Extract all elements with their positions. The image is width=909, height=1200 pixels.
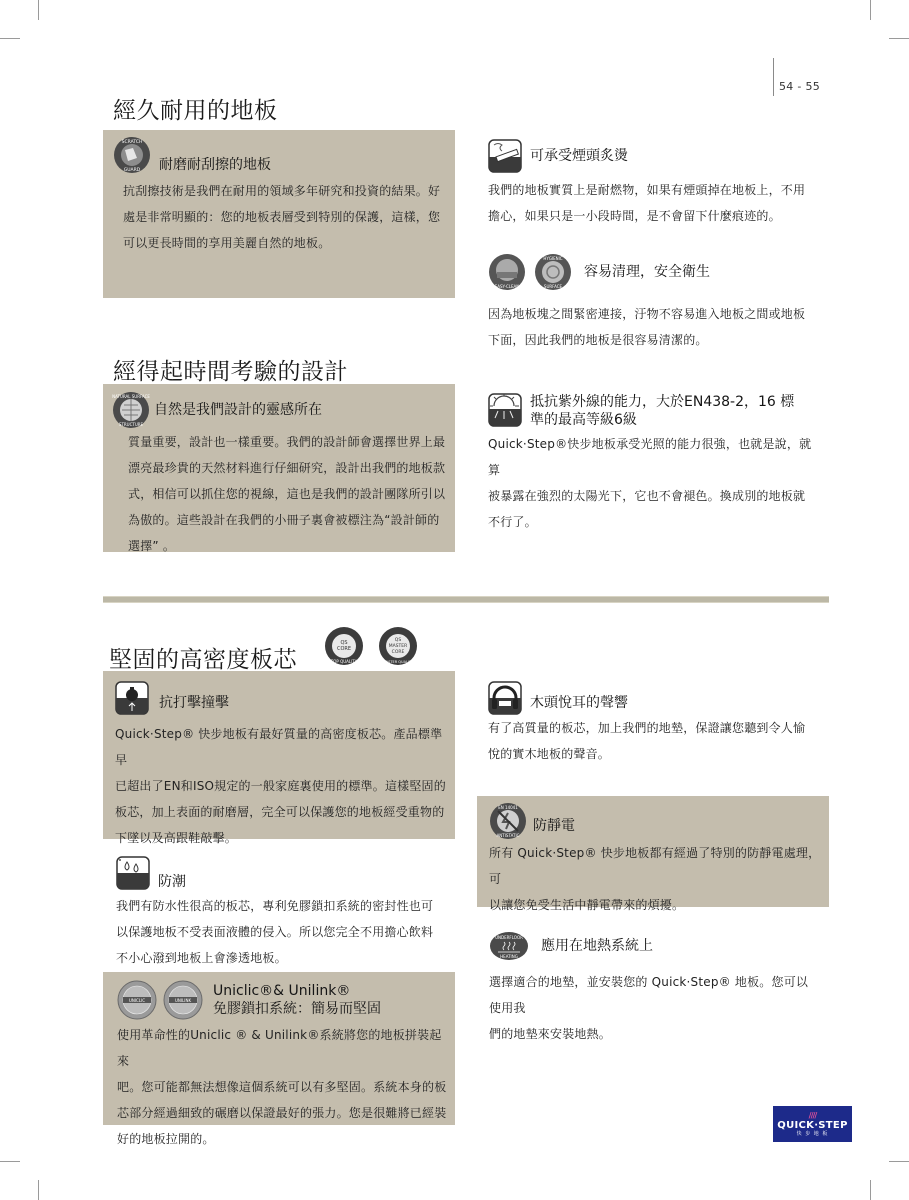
svg-text:TOP QUALITY: TOP QUALITY — [330, 659, 358, 664]
feature-title: 抗打擊撞擊 — [159, 694, 229, 712]
section-title-design: 經得起時間考驗的設計 — [113, 353, 348, 386]
body-line: 們的地墊來安裝地熱。 — [489, 1021, 819, 1047]
feature-uniclic: UNICLIC UNILINK Uniclic®& Unilink® 免膠鎖扣系… — [117, 980, 452, 1152]
body-line: 好的地板拉開的。 — [117, 1126, 452, 1152]
impact-icon — [115, 681, 149, 715]
section-title-core: 堅固的高密度板芯 — [109, 641, 297, 674]
body-line: 已超出了EN和ISO規定的一般家庭裏使用的標準。這樣堅固的 — [115, 773, 450, 799]
svg-text:EN 14041: EN 14041 — [498, 805, 518, 810]
feature-title: Uniclic®& Unilink® — [213, 982, 381, 1000]
svg-text:CORE: CORE — [392, 649, 405, 655]
body-line: 芯部分經過細致的碾磨以保證最好的張力。您是很難將已經裝 — [117, 1100, 452, 1126]
crop-mark — [870, 0, 871, 20]
body-line: 板芯，加上表面的耐磨層，完全可以保護您的地板經受重物的 — [115, 799, 450, 825]
body-line: 有了高質量的板芯，加上我們的地墊，保證讓您聽到令人愉 — [488, 715, 818, 741]
natural-surface-structure-badge-icon: NATURAL SURFACESTRUCTURE — [112, 391, 150, 429]
feature-title: 自然是我們設計的靈感所在 — [154, 401, 322, 419]
feature-cigarette: 可承受煙頭炙燙 我們的地板實質上是耐燃物，如果有煙頭掉在地板上，不用 擔心，如果… — [488, 139, 818, 229]
svg-text:UNILINK: UNILINK — [175, 998, 192, 1003]
feature-uv: 抵抗紫外線的能力，大於EN438-2，16 標 準的最高等級6級 Quick·S… — [488, 393, 818, 535]
body-line: 因為地板塊之間緊密連接，汙物不容易進入地板之間或地板 — [488, 301, 818, 327]
crop-mark — [38, 1180, 39, 1200]
body-line: 不行了。 — [488, 509, 818, 535]
feature-scratch: SCRATCHGUARD 耐磨耐刮擦的地板 抗刮擦技術是我們在耐用的領域多年研究… — [113, 136, 448, 256]
feature-title: 木頭悅耳的聲響 — [530, 694, 628, 712]
feature-title: 準的最高等級6級 — [530, 411, 794, 429]
water-drops-icon — [116, 856, 150, 890]
cigarette-burn-icon — [488, 139, 522, 173]
svg-text:SCRATCH: SCRATCH — [122, 139, 143, 145]
body-line: 以讓您免受生活中靜電帶來的煩擾。 — [489, 892, 824, 918]
crop-mark — [889, 1161, 909, 1162]
svg-text:HEATING: HEATING — [500, 954, 518, 959]
svg-text:EASY-CLEAN: EASY-CLEAN — [495, 284, 520, 289]
svg-text:MASTER QUALITY: MASTER QUALITY — [383, 660, 414, 664]
body-line: Quick·Step®快步地板承受光照的能力很強，也就是說，就算 — [488, 431, 818, 483]
body-line: 質量重要，設計也一樣重要。我們的設計師會選擇世界上最 — [128, 429, 452, 455]
svg-text:ANTISTATIC: ANTISTATIC — [497, 833, 520, 838]
body-line: 抗刮擦技術是我們在耐用的領域多年研究和投資的結果。好 — [123, 178, 448, 204]
svg-text:MASTER: MASTER — [389, 643, 408, 649]
feature-hygiene: EASY-CLEAN HYGIENICSURFACE 容易清理，安全衛生 因為地… — [488, 253, 818, 353]
feature-impact: 抗打擊撞擊 Quick·Step® 快步地板有最好質量的高密度板芯。產品標準早 … — [115, 681, 450, 851]
body-line: 被暴露在強烈的太陽光下，它也不會褪色。換成別的地板就 — [488, 483, 818, 509]
antistatic-badge-icon: EN 14041ANTISTATIC — [489, 802, 527, 840]
sun-uv-icon — [488, 393, 522, 427]
feature-antistatic: EN 14041ANTISTATIC 防靜電 所有 Quick·Step® 快步… — [489, 802, 824, 918]
quick-step-logo: //// QUICK·STEP 快 步 地 板 — [773, 1106, 852, 1142]
body-line: 擔心，如果只是一小段時間，是不會留下什麼痕迹的。 — [488, 203, 818, 229]
svg-text:QS: QS — [395, 637, 402, 643]
scratch-guard-badge-icon: SCRATCHGUARD — [113, 136, 151, 174]
crop-mark — [889, 38, 909, 39]
body-line: 以保護地板不受表面液體的侵入。所以您完全不用擔心飲料 — [116, 919, 451, 945]
body-line: 我們的地板實質上是耐燃物，如果有煙頭掉在地板上，不用 — [488, 177, 818, 203]
body-line: 下面，因此我們的地板是很容易清潔的。 — [488, 327, 818, 353]
uniclic-badge-icon: UNICLIC — [117, 980, 157, 1020]
body-line: 選擇適合的地墊，並安裝您的 Quick·Step® 地板。您可以使用我 — [489, 969, 819, 1021]
feature-title: 應用在地熱系統上 — [541, 937, 653, 955]
crop-mark — [0, 38, 20, 39]
core-quality-badges: QSCORETOP QUALITY QSMASTERCOREMASTER QUA… — [324, 626, 418, 666]
underfloor-heating-badge-icon: UNDERFLOORHEATING — [489, 931, 529, 961]
crop-mark — [870, 1180, 871, 1200]
body-line: 使用革命性的Uniclic ® & Unilink®系統將您的地板拼裝起來 — [117, 1022, 452, 1074]
svg-text:CORE: CORE — [337, 646, 351, 652]
logo-mark-icon: //// — [809, 1112, 817, 1120]
section-divider — [103, 596, 829, 603]
body-line: 下墜以及高跟鞋敲擊。 — [115, 825, 450, 851]
easy-clean-badge-icon: EASY-CLEAN — [488, 253, 526, 291]
feature-heating: UNDERFLOORHEATING 應用在地熱系統上 選擇適合的地墊，並安裝您的… — [489, 931, 819, 1047]
body-line: 可以更長時間的享用美麗自然的地板。 — [123, 230, 448, 256]
qs-core-top-quality-badge-icon: QSCORETOP QUALITY — [324, 626, 364, 666]
body-line: 處是非常明顯的：您的地板表層受到特別的保護，這樣，您 — [123, 204, 448, 230]
hygienic-surface-badge-icon: HYGIENICSURFACE — [534, 253, 572, 291]
qs-master-core-badge-icon: QSMASTERCOREMASTER QUALITY — [378, 626, 418, 666]
feature-title: 耐磨耐刮擦的地板 — [159, 156, 271, 174]
feature-title: 免膠鎖扣系統：簡易而堅固 — [213, 1000, 381, 1018]
svg-text:STRUCTURE: STRUCTURE — [119, 422, 144, 427]
crop-mark — [38, 0, 39, 20]
body-line: 吧。您可能都無法想像這個系統可以有多堅固。系統本身的板 — [117, 1074, 452, 1100]
svg-text:UNICLIC: UNICLIC — [129, 998, 145, 1003]
feature-title: 抵抗紫外線的能力，大於EN438-2，16 標 — [530, 393, 794, 411]
body-line: 不小心潑到地板上會滲透地板。 — [116, 945, 451, 971]
headphones-icon — [488, 681, 522, 715]
body-line: 式，相信可以抓住您的視線，這也是我們的設計團隊所引以 — [128, 481, 452, 507]
svg-text:SURFACE: SURFACE — [544, 284, 563, 289]
page-number-rule — [773, 58, 774, 96]
body-line: Quick·Step® 快步地板有最好質量的高密度板芯。產品標準早 — [115, 721, 450, 773]
body-line: 選擇” 。 — [128, 533, 452, 559]
feature-moisture: 防潮 我們有防水性很高的板芯，專利免膠鎖扣系統的密封性也可 以保護地板不受表面液… — [116, 855, 451, 971]
feature-title: 防潮 — [158, 873, 186, 891]
feature-title: 容易清理，安全衛生 — [584, 263, 710, 281]
body-line: 所有 Quick·Step® 快步地板都有經過了特別的防靜電處理，可 — [489, 840, 824, 892]
body-line: 為傲的。這些設計在我們的小冊子裏會被標注為“設計師的 — [128, 507, 452, 533]
svg-text:UNDERFLOOR: UNDERFLOOR — [495, 935, 523, 940]
body-line: 悅的實木地板的聲音。 — [488, 741, 818, 767]
body-line: 漂亮最珍貴的天然材料進行仔細研究，設計出我們的地板款 — [128, 455, 452, 481]
feature-title: 防靜電 — [533, 817, 575, 835]
body-line: 我們有防水性很高的板芯，專利免膠鎖扣系統的密封性也可 — [116, 893, 451, 919]
feature-sound: 木頭悅耳的聲響 有了高質量的板芯，加上我們的地墊，保證讓您聽到令人愉 悅的實木地… — [488, 681, 818, 767]
feature-title: 可承受煙頭炙燙 — [530, 147, 628, 165]
logo-brand: QUICK·STEP — [777, 1120, 847, 1131]
svg-text:HYGIENIC: HYGIENIC — [543, 256, 562, 261]
logo-subtitle: 快 步 地 板 — [797, 1131, 829, 1137]
section-title-durable: 經久耐用的地板 — [113, 92, 278, 125]
page-number: 54 - 55 — [779, 80, 820, 93]
feature-natural: NATURAL SURFACESTRUCTURE 自然是我們設計的靈感所在 質量… — [112, 391, 452, 559]
unilink-badge-icon: UNILINK — [163, 980, 203, 1020]
svg-text:NATURAL SURFACE: NATURAL SURFACE — [112, 394, 150, 399]
svg-text:GUARD: GUARD — [124, 167, 141, 173]
crop-mark — [0, 1161, 20, 1162]
